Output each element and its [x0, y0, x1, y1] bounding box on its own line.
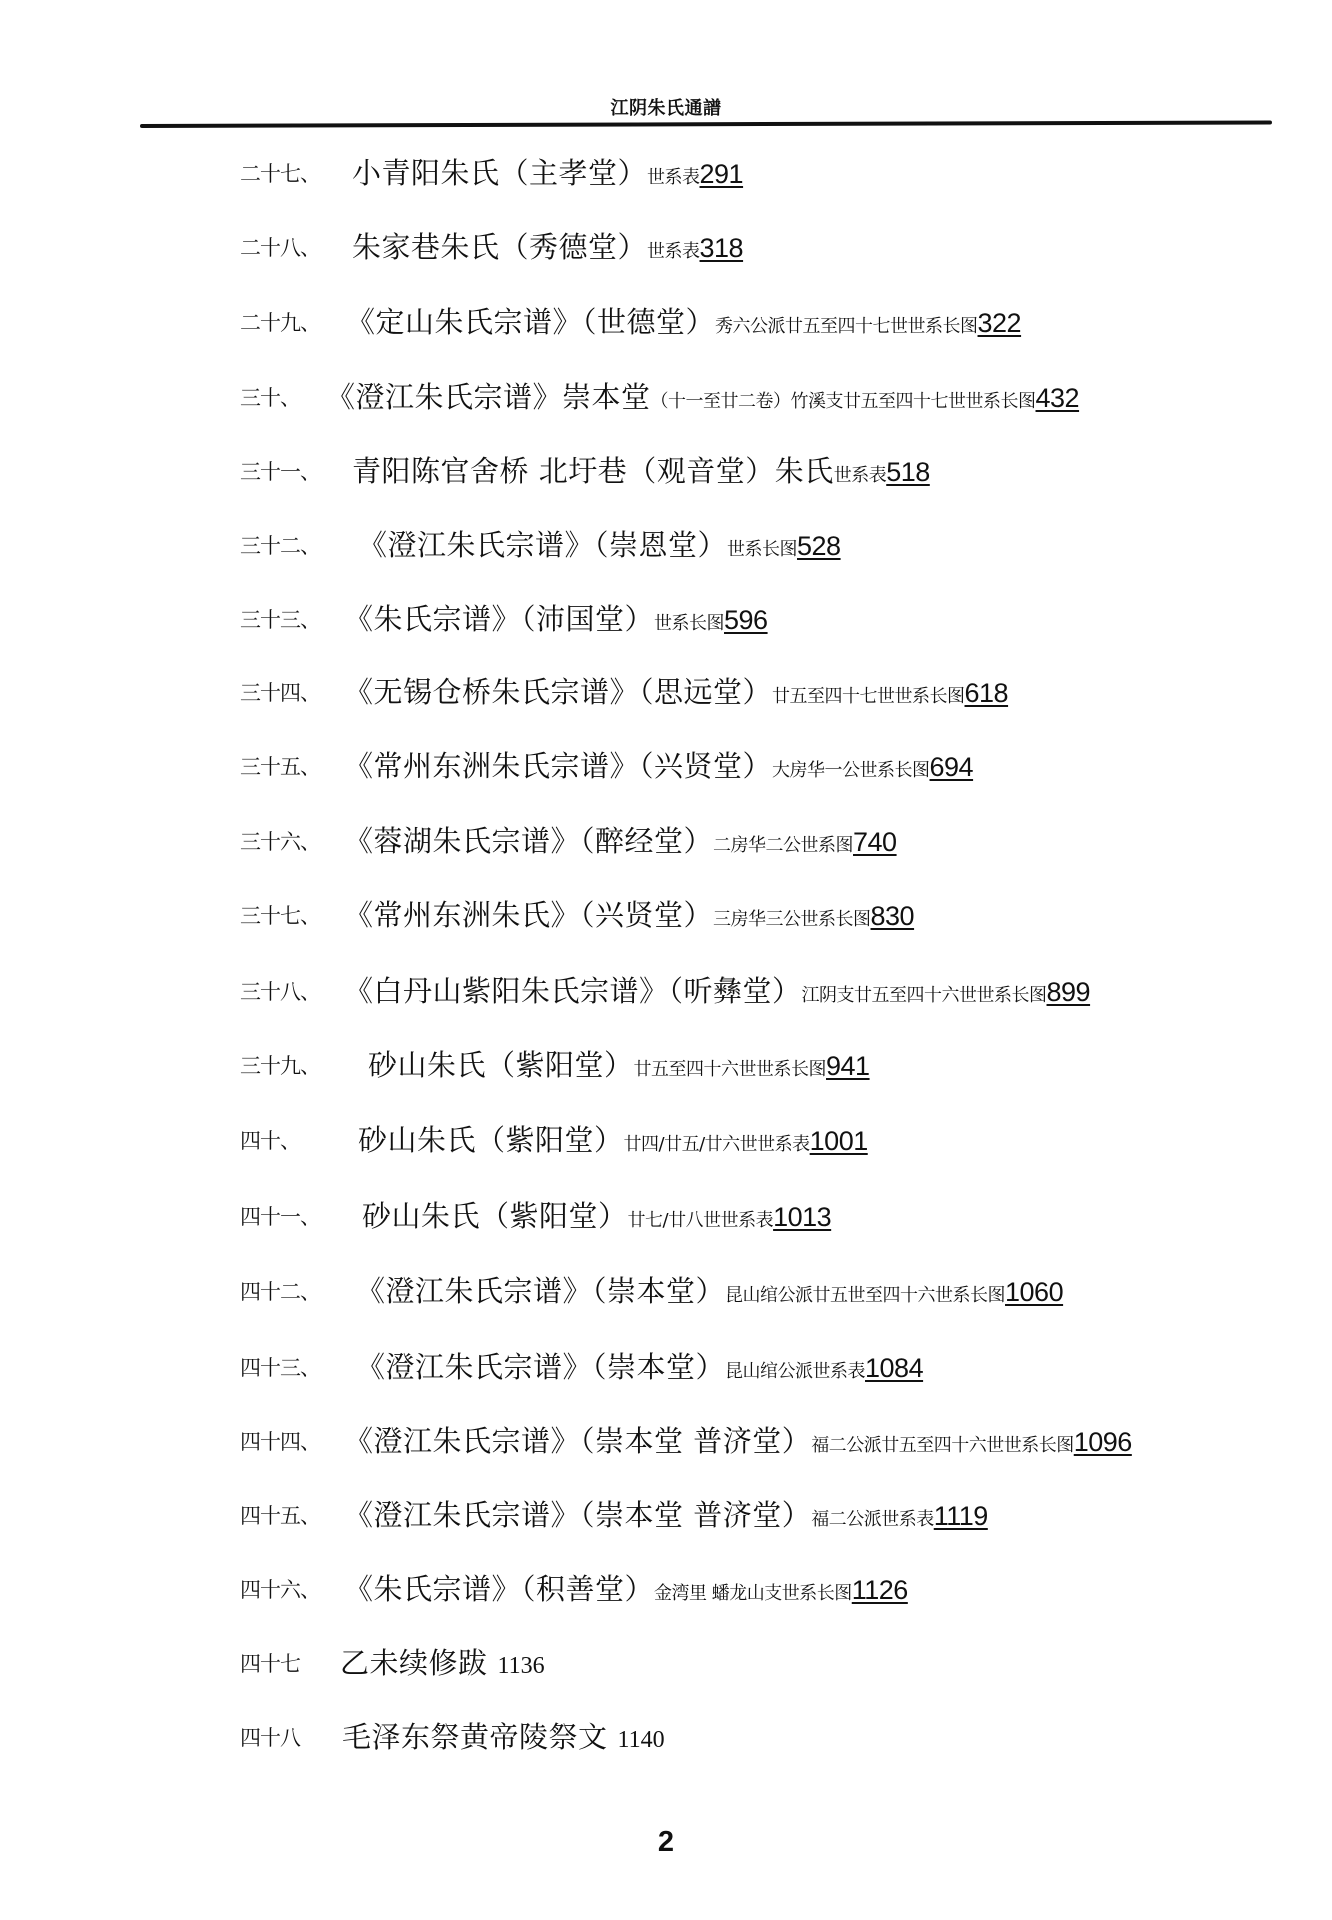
entry-title: 《常州东洲朱氏》（兴贤堂） — [344, 898, 713, 932]
entry-title: 《白丹山紫阳朱氏宗谱》（听彝堂） — [344, 974, 802, 1008]
entry-description: 二房华二公世系图 — [713, 835, 853, 856]
entry-title: 《定山朱氏宗谱》（世德堂） — [346, 305, 715, 339]
entry-description: 秀六公派廿五至四十七世世系长图 — [715, 316, 978, 337]
entry-number: 三十七、 — [240, 900, 320, 930]
entry-title: 《常州东洲朱氏宗谱》（兴贤堂） — [344, 749, 772, 783]
entry-page-link[interactable]: 1001 — [810, 1126, 868, 1156]
entry-page-link[interactable]: 318 — [700, 233, 744, 263]
entry-title: 《无锡仓桥朱氏宗谱》（思远堂） — [344, 675, 772, 709]
entry-body: 《澄江朱氏宗谱》（崇本堂）昆山绾公派廿五世至四十六世系长图1060 — [356, 1269, 1063, 1310]
entry-page-link[interactable]: 1013 — [773, 1202, 831, 1232]
entry-body: 小青阳朱氏（主孝堂）世系表291 — [352, 151, 743, 192]
entry-body: 《定山朱氏宗谱》（世德堂）秀六公派廿五至四十七世世系长图322 — [346, 300, 1021, 341]
entry-title: 《朱氏宗谱》（积善堂） — [344, 1572, 654, 1606]
entry-description: 福二公派世系表 — [811, 1509, 934, 1530]
entry-title: 乙未续修跋 — [340, 1646, 488, 1680]
entry-number: 三十二、 — [240, 530, 320, 560]
entry-page-link[interactable]: 1136 — [498, 1653, 545, 1679]
entry-body: 《朱氏宗谱》（沛国堂）世系长图596 — [344, 597, 768, 638]
entry-title: 《澄江朱氏宗谱》崇本堂 — [326, 380, 651, 414]
entry-title: 《澄江朱氏宗谱》（崇恩堂） — [358, 528, 727, 562]
entry-description: 大房华一公世系长图 — [772, 760, 930, 781]
entry-body: 《朱氏宗谱》（积善堂）金湾里 蟠龙山支世系长图1126 — [344, 1567, 908, 1608]
entry-title: 毛泽东祭黄帝陵祭文 — [342, 1720, 608, 1754]
entry-title: 《澄江朱氏宗谱》（崇本堂 普济堂） — [344, 1498, 811, 1532]
entry-title: 《朱氏宗谱》（沛国堂） — [344, 602, 654, 636]
entry-page-link[interactable]: 291 — [700, 159, 744, 189]
entry-page-link[interactable]: 518 — [886, 457, 930, 487]
entry-page-link[interactable]: 1140 — [618, 1727, 665, 1753]
entry-page-link[interactable]: 1096 — [1074, 1427, 1132, 1457]
entry-page-link[interactable]: 941 — [826, 1051, 870, 1081]
entry-body: 《澄江朱氏宗谱》（崇本堂）昆山绾公派世系表1084 — [356, 1345, 923, 1386]
entry-description: 世系表 — [647, 167, 700, 188]
entry-page-link[interactable]: 322 — [978, 308, 1022, 338]
entry-page-link[interactable]: 596 — [724, 605, 768, 635]
entry-description: 江阴支廿五至四十六世世系长图 — [802, 985, 1047, 1006]
entry-page-link[interactable]: 899 — [1047, 977, 1091, 1007]
entry-body: 《澄江朱氏宗谱》（崇本堂 普济堂）福二公派廿五至四十六世世系长图1096 — [344, 1419, 1132, 1460]
entry-number: 三十九、 — [240, 1050, 320, 1080]
entry-number: 二十七、 — [240, 158, 320, 188]
entry-body: 砂山朱氏（紫阳堂）廿四/廿五/廿六世世系表1001 — [358, 1118, 868, 1159]
entry-page-link[interactable]: 740 — [853, 827, 897, 857]
entry-number: 四十二、 — [240, 1276, 320, 1306]
entry-number: 四十五、 — [240, 1500, 320, 1530]
entry-description: 福二公派廿五至四十六世世系长图 — [811, 1435, 1074, 1456]
entry-description: 金湾里 蟠龙山支世系长图 — [654, 1583, 852, 1604]
entry-number: 三十、 — [240, 382, 300, 412]
entry-number: 二十八、 — [240, 232, 320, 262]
entry-title: 砂山朱氏（紫阳堂） — [368, 1048, 634, 1082]
entry-page-link[interactable]: 1060 — [1005, 1277, 1063, 1307]
entry-title: 砂山朱氏（紫阳堂） — [362, 1199, 628, 1233]
entry-number: 四十四、 — [240, 1426, 320, 1456]
entry-page-link[interactable]: 830 — [871, 901, 915, 931]
entry-page-link[interactable]: 1119 — [934, 1501, 988, 1531]
table-of-contents: 二十七、小青阳朱氏（主孝堂）世系表291二十八、朱家巷朱氏（秀德堂）世系表318… — [0, 0, 1332, 1920]
entry-number: 四十三、 — [240, 1352, 320, 1382]
entry-page-link[interactable]: 618 — [965, 678, 1009, 708]
entry-page-link[interactable]: 1084 — [865, 1353, 923, 1383]
entry-description: 廿五至四十七世世系长图 — [772, 686, 965, 707]
entry-number: 三十五、 — [240, 751, 320, 781]
page-number: 2 — [0, 1826, 1332, 1859]
entry-body: 《澄江朱氏宗谱》（崇本堂 普济堂）福二公派世系表1119 — [344, 1493, 988, 1534]
entry-number: 二十九、 — [240, 307, 320, 337]
entry-number: 四十七 — [240, 1648, 300, 1678]
entry-title: 《蓉湖朱氏宗谱》（醉经堂） — [344, 824, 713, 858]
entry-number: 四十六、 — [240, 1574, 320, 1604]
entry-body: 青阳陈官舍桥 北圩巷（观音堂）朱氏世系表518 — [352, 449, 930, 490]
entry-number: 三十三、 — [240, 604, 320, 634]
entry-description: （十一至廿二卷）竹溪支廿五至四十七世世系长图 — [651, 391, 1036, 412]
entry-title: 《澄江朱氏宗谱》（崇本堂） — [356, 1350, 725, 1384]
entry-description: 世系表 — [834, 465, 887, 486]
entry-description: 世系长图 — [727, 539, 797, 560]
entry-page-link[interactable]: 1126 — [852, 1575, 908, 1605]
entry-page-link[interactable]: 694 — [930, 752, 974, 782]
entry-number: 四十八 — [240, 1722, 300, 1752]
entry-number: 四十一、 — [240, 1201, 320, 1231]
entry-body: 毛泽东祭黄帝陵祭文1140 — [342, 1715, 665, 1756]
entry-title: 小青阳朱氏（主孝堂） — [352, 156, 647, 190]
entry-page-link[interactable]: 528 — [797, 531, 841, 561]
entry-number: 三十四、 — [240, 677, 320, 707]
entry-body: 《蓉湖朱氏宗谱》（醉经堂）二房华二公世系图740 — [344, 819, 897, 860]
entry-description: 廿五至四十六世世系长图 — [634, 1059, 827, 1080]
entry-title: 朱家巷朱氏（秀德堂） — [352, 230, 647, 264]
entry-number: 三十八、 — [240, 976, 320, 1006]
entry-description: 世系表 — [647, 241, 700, 262]
entry-body: 乙未续修跋1136 — [340, 1641, 545, 1682]
entry-number: 三十一、 — [240, 456, 320, 486]
entry-body: 砂山朱氏（紫阳堂）廿五至四十六世世系长图941 — [368, 1043, 870, 1084]
entry-description: 世系长图 — [654, 613, 724, 634]
entry-number: 四十、 — [240, 1125, 300, 1155]
entry-title: 《澄江朱氏宗谱》（崇本堂） — [356, 1274, 725, 1308]
entry-title: 砂山朱氏（紫阳堂） — [358, 1123, 624, 1157]
entry-description: 昆山绾公派廿五世至四十六世系长图 — [725, 1285, 1005, 1306]
entry-body: 《常州东洲朱氏》（兴贤堂）三房华三公世系长图830 — [344, 893, 914, 934]
entry-description: 廿七/廿八世世系表 — [628, 1210, 774, 1231]
entry-body: 《澄江朱氏宗谱》崇本堂（十一至廿二卷）竹溪支廿五至四十七世世系长图432 — [326, 375, 1079, 416]
entry-body: 《澄江朱氏宗谱》（崇恩堂）世系长图528 — [358, 523, 841, 564]
entry-description: 昆山绾公派世系表 — [725, 1361, 865, 1382]
entry-body: 《白丹山紫阳朱氏宗谱》（听彝堂）江阴支廿五至四十六世世系长图899 — [344, 969, 1090, 1010]
entry-description: 三房华三公世系长图 — [713, 909, 871, 930]
entry-page-link[interactable]: 432 — [1036, 383, 1080, 413]
entry-number: 三十六、 — [240, 826, 320, 856]
entry-description: 廿四/廿五/廿六世世系表 — [624, 1134, 810, 1155]
entry-body: 《无锡仓桥朱氏宗谱》（思远堂）廿五至四十七世世系长图618 — [344, 670, 1008, 711]
entry-title: 《澄江朱氏宗谱》（崇本堂 普济堂） — [344, 1424, 811, 1458]
entry-body: 砂山朱氏（紫阳堂）廿七/廿八世世系表1013 — [362, 1194, 831, 1235]
entry-title: 青阳陈官舍桥 北圩巷（观音堂）朱氏 — [352, 454, 834, 488]
entry-body: 《常州东洲朱氏宗谱》（兴贤堂）大房华一公世系长图694 — [344, 744, 973, 785]
entry-body: 朱家巷朱氏（秀德堂）世系表318 — [352, 225, 743, 266]
